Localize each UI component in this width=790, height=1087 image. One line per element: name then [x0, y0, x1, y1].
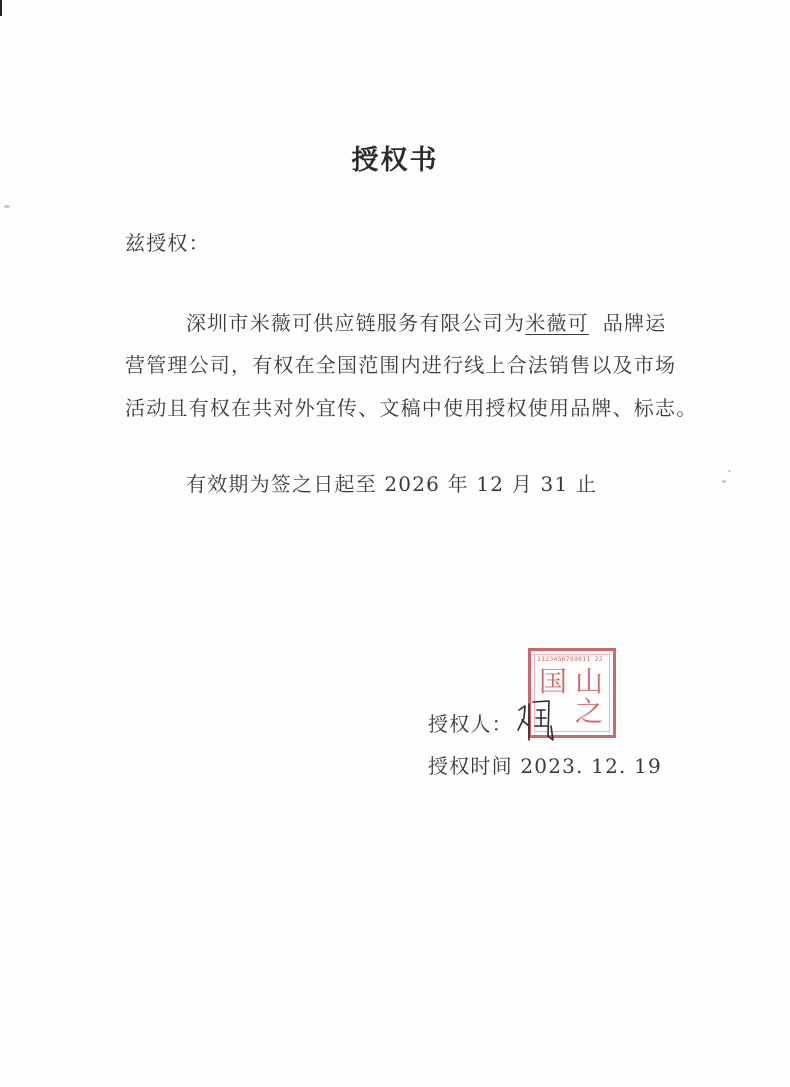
stamp-char: 国 [539, 667, 567, 697]
scan-speck [4, 205, 10, 208]
authorization-date: 授权时间 2023. 12. 19 [428, 752, 662, 780]
paragraph-line-3: 活动且有权在共对外宜传、文稿中使用授权使用品牌、标志。 [125, 394, 697, 422]
handwritten-signature-icon [515, 696, 585, 746]
paragraph-line-1: 深圳市米薇可供应链服务有限公司为米薇可品牌运 [186, 309, 666, 337]
company-name-text: 深圳市米薇可供应链服务有限公司为 [186, 311, 525, 335]
paragraph-line-2: 营管理公司，有权在全国范围内进行线上合法销售以及市场 [125, 351, 676, 379]
greeting-line: 兹授权： [125, 229, 210, 257]
scan-speck [728, 470, 731, 472]
scanned-document-page: 授权书 兹授权： 深圳市米薇可供应链服务有限公司为米薇可品牌运 营管理公司，有权… [0, 0, 790, 1087]
scan-speck [722, 480, 726, 483]
stamp-char: 山 [575, 667, 603, 697]
validity-period-line: 有效期为签之日起至 2026 年 12 月 31 止 [186, 470, 597, 498]
authorizer-label: 授权人： [428, 710, 513, 738]
paragraph-line-1-suffix: 品牌运 [603, 311, 667, 335]
brand-name-underlined: 米薇可 [525, 311, 603, 335]
document-title: 授权书 [0, 138, 790, 177]
stamp-id-text: 1123456789011 22 [537, 655, 603, 663]
scan-edge-artifact [0, 0, 2, 16]
